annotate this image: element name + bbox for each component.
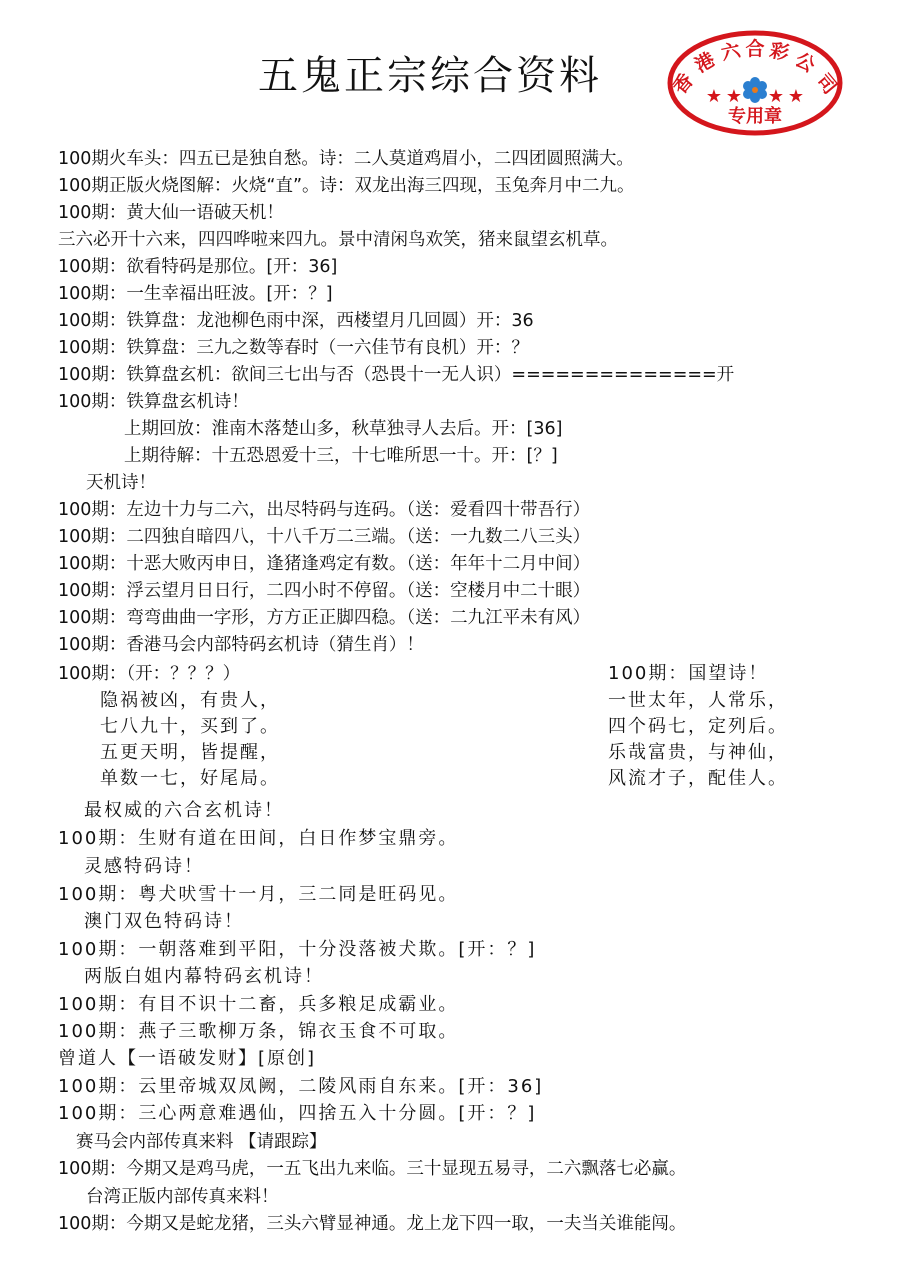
text-line: 100期：一生幸福出旺波。[开：？] xyxy=(58,283,333,305)
stamp-char: 彩 xyxy=(768,39,791,64)
text-line: 100期火车头：四五已是独自愁。诗：二人莫道鸡眉小，二四团圆照满大。 xyxy=(58,148,634,170)
text-line: 七八九十，买到了。 xyxy=(100,716,280,738)
text-line: 台湾正版内部传真来料！ xyxy=(86,1186,279,1208)
stamp-bottom-text: 专用章 xyxy=(728,105,782,127)
text-line: 赛马会内部传真来料 【请跟踪】 xyxy=(76,1131,327,1153)
stamp-char: 港 xyxy=(691,48,719,77)
text-line: 100期：一朝落难到平阳，十分没落被犬欺。[开：？] xyxy=(58,939,536,961)
text-line: 100期：十恶大败丙申日，逢猪逢鸡定有数。（送：年年十二月中间） xyxy=(58,553,590,575)
text-line: 灵感特码诗！ xyxy=(84,856,204,878)
text-line: 五更天明，皆提醒， xyxy=(100,742,280,764)
text-line: 100期：浮云望月日日行，二四小时不停留。（送：空楼月中二十眼） xyxy=(58,580,590,602)
text-line: 100期：（开：？？？） xyxy=(58,663,240,685)
text-line: 100期：弯弯曲曲一字形，方方正正脚四稳。（送：二九江平未有风） xyxy=(58,607,590,629)
text-line: 一世太年，人常乐， xyxy=(608,690,788,712)
svg-text:★: ★ xyxy=(788,86,804,107)
text-line: 100期：云里帝城双凤阙，二陵风雨自东来。[开：36] xyxy=(58,1076,543,1098)
text-line: 三六必开十六来，四四哗啦来四九。景中清闲鸟欢笑，猪来鼠望玄机草。 xyxy=(58,229,618,251)
company-stamp: 香 港 六 合 彩 公 司 专用章 ★ ★ ★ ★ xyxy=(666,30,844,136)
stamp-char: 公 xyxy=(791,49,819,78)
stamp-char: 六 xyxy=(719,39,743,65)
text-line: 100期：铁算盘玄机：欲间三七出与否（恐畏十一无人识）=============… xyxy=(58,364,734,386)
svg-text:★: ★ xyxy=(726,86,742,107)
text-line: 单数一七，好尾局。 xyxy=(100,768,280,790)
text-line: 四个码七，定列后。 xyxy=(608,716,788,738)
text-line: 100期：左边十力与二六，出尽特码与连码。（送：爱看四十带吾行） xyxy=(58,499,590,521)
text-line: 100期：生财有道在田间，白日作梦宝鼎旁。 xyxy=(58,828,458,850)
text-line: 澳门双色特码诗！ xyxy=(84,911,244,933)
text-line: 100期：香港马会内部特码玄机诗（猜生肖）！ xyxy=(58,634,424,656)
text-line: 100期：有目不识十二畜，兵多粮足成霸业。 xyxy=(58,994,458,1016)
text-line: 隐祸被凶，有贵人， xyxy=(100,690,280,712)
text-line: 100期：国望诗！ xyxy=(608,663,768,685)
flower-icon xyxy=(743,77,767,103)
text-line: 100期：铁算盘：龙池柳色雨中深，西楼望月几回圆）开：36 xyxy=(58,310,534,332)
text-line: 100期：粤犬吠雪十一月，三二同是旺码见。 xyxy=(58,884,458,906)
text-line: 100期：铁算盘：三九之数等春时（一六佳节有良机）开：？ xyxy=(58,337,529,359)
text-line: 100期：今期又是鸡马虎，一五飞出九来临。三十显现五易寻，二六飘落七必赢。 xyxy=(58,1158,686,1180)
text-line: 100期：二四独自暗四八，十八千万二三端。（送：一九数二八三头） xyxy=(58,526,590,548)
text-line: 两版白姐内幕特码玄机诗！ xyxy=(84,966,324,988)
svg-text:★: ★ xyxy=(768,86,784,107)
text-line: 乐哉富贵，与神仙， xyxy=(608,742,788,764)
stamp-char: 合 xyxy=(745,37,764,60)
text-line: 风流才子，配佳人。 xyxy=(608,768,788,790)
text-line: 上期待解：十五恐恩爱十三，十七唯所思一十。开：[？] xyxy=(124,445,558,467)
stamp-seal-icon: 香 港 六 合 彩 公 司 专用章 ★ ★ ★ ★ xyxy=(666,30,844,136)
text-line: 100期：黄大仙一语破天机！ xyxy=(58,202,284,224)
text-line: 上期回放：淮南木落楚山多，秋草独寻人去后。开：[36] xyxy=(124,418,562,440)
svg-text:★: ★ xyxy=(706,86,722,107)
text-line: 曾道人【一语破发财】[原创] xyxy=(58,1048,316,1070)
text-line: 最权威的六合玄机诗！ xyxy=(84,800,284,822)
text-line: 100期：铁算盘玄机诗！ xyxy=(58,391,249,413)
text-line: 100期正版火烧图解：火烧“直”。诗：双龙出海三四现，玉兔奔月中二九。 xyxy=(58,175,635,197)
text-line: 100期：燕子三歌柳万条，锦衣玉食不可取。 xyxy=(58,1021,458,1043)
text-line: 100期：三心两意难遇仙，四捨五入十分圆。[开：？] xyxy=(58,1103,536,1125)
page-title: 五鬼正宗综合资料 xyxy=(258,44,602,101)
text-line: 100期：今期又是蛇龙猪，三头六臂显神通。龙上龙下四一取，一夫当关谁能闯。 xyxy=(58,1213,686,1235)
text-line: 100期：欲看特码是那位。[开：36] xyxy=(58,256,337,278)
text-line: 天机诗！ xyxy=(86,472,156,494)
